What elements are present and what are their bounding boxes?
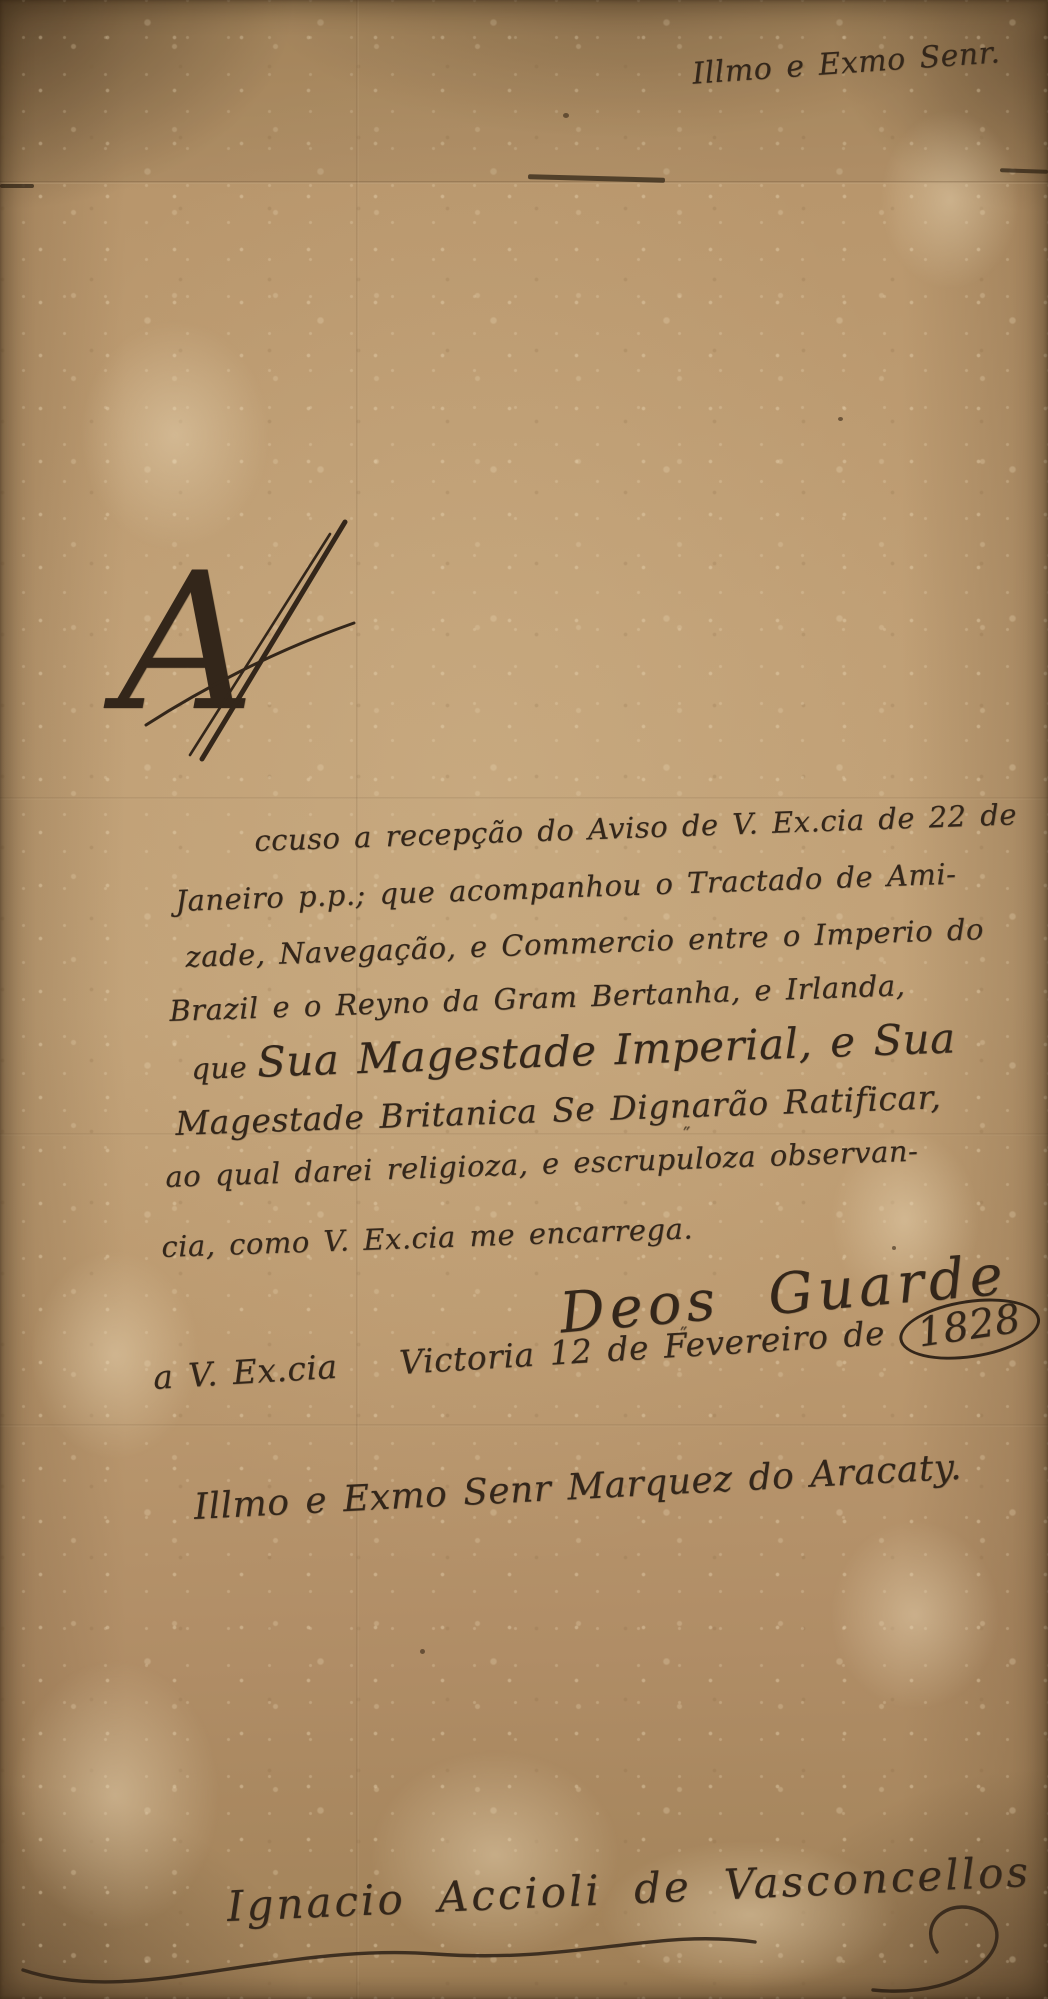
manuscript-letter-page: Illmo e Exmo Senr. A ccuso a recepção do… <box>0 0 1048 1999</box>
body-line-5-large: Sua Magestade Imperial, e Sua <box>256 1013 956 1086</box>
drop-cap-initial: A <box>118 562 255 724</box>
ink-speck <box>838 417 843 421</box>
dateline-place-date: Victoria 12 de Fevereiro de <box>398 1313 886 1382</box>
body-line-1: ccuso a recepção do Aviso de V. Ex.cia d… <box>254 797 1018 858</box>
ink-speck <box>420 1649 425 1654</box>
address-line: Illmo e Exmo Senr Marquez do Aracaty. <box>193 1447 963 1528</box>
paper-stain <box>80 320 270 550</box>
pen-ditto-mark: ″ <box>683 1122 690 1146</box>
ink-speck <box>563 113 569 118</box>
fold-shade-top <box>0 0 1048 182</box>
body-line-8: cia, como V. Ex.cia me encarrega. <box>161 1211 694 1264</box>
horizontal-fold-crease <box>0 1424 1048 1427</box>
horizontal-fold-crease <box>0 797 1048 800</box>
body-line-5-small: que <box>191 1050 248 1086</box>
body-line-5: queSua Magestade Imperial, e Sua <box>190 1013 956 1089</box>
pen-flourish-icon <box>140 517 370 787</box>
dateline-addressee: a V. Ex.cia <box>152 1347 339 1397</box>
ink-speck <box>892 1246 896 1250</box>
body-line-2: Janeiro p.p.; que acompanhou o Tractado … <box>175 857 957 918</box>
horizontal-fold-crease <box>0 181 1048 184</box>
body-line-3: zade, Navegação, e Commercio entre o Imp… <box>185 912 985 974</box>
paper-stain <box>830 1520 1000 1710</box>
body-line-7: ao qual darei religioza, e escrupuloza o… <box>165 1134 919 1194</box>
ink-fold-mark <box>0 184 34 188</box>
